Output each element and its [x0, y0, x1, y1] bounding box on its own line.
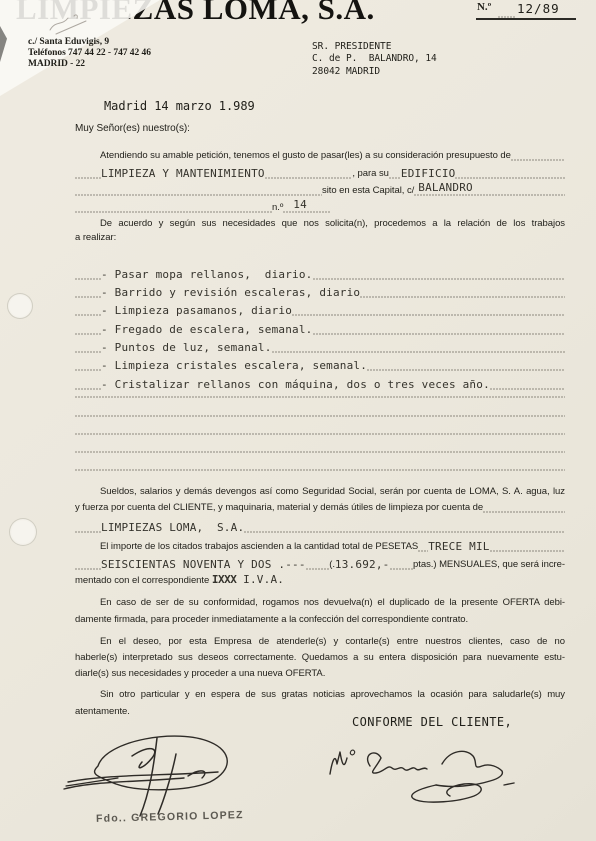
dotted-leader: [272, 351, 565, 353]
task-text: - Cristalizar rellanos con máquina, dos …: [101, 378, 490, 391]
dotted-leader: [390, 568, 414, 570]
scanned-letter-page: LIMPIEZAS LOMA, S.A. N.º 12/89 c./ Santa…: [0, 0, 596, 841]
iva-value-typed: I.V.A.: [236, 573, 284, 586]
dotted-leader: [490, 388, 565, 390]
ref-number-value: 12/89: [517, 1, 560, 16]
client-signature: [318, 738, 518, 808]
dotted-leader: BALANDRO: [414, 194, 565, 196]
closing-p1-line2: damente firmada, para proceder inmediata…: [75, 614, 468, 625]
blank-dotted-line: [75, 433, 565, 435]
task-text: - Limpieza pasamanos, diario: [101, 304, 292, 317]
conforme-label: CONFORME DEL CLIENTE,: [352, 716, 512, 729]
closing-p1-line1: En caso de ser de su conformidad, rogamo…: [100, 597, 565, 610]
sito-row: sito en esta Capital, c/ BALANDRO: [75, 183, 565, 197]
dotted-leader: [75, 333, 101, 335]
amount-words-typed: SEISCIENTAS NOVENTA Y DOS .---: [101, 558, 306, 571]
intro-line1-row: Atendiendo su amable petición, tenemos e…: [75, 148, 565, 162]
dotted-leader: [75, 369, 101, 371]
dotted-leader: [75, 296, 101, 298]
task-line: - Puntos de luz, semanal.: [75, 340, 565, 354]
terms-line2: y fuerza por cuenta del CLIENTE, y maqui…: [75, 502, 483, 514]
dotted-leader: [75, 351, 101, 353]
iva-prefix: mentado con el correspondiente: [75, 575, 212, 586]
gregorio-lopez-signature: [60, 726, 250, 821]
importe-row: El importe de los citados trabajos ascie…: [100, 539, 565, 553]
task-text: - Puntos de luz, semanal.: [101, 341, 272, 354]
sender-address-line3: MADRID - 22: [28, 59, 85, 70]
task-line: - Limpieza pasamanos, diario: [75, 303, 565, 317]
closing-p3-line2: atentamente.: [75, 706, 130, 717]
task-line: - Limpieza cristales escalera, semanal.: [75, 358, 565, 372]
dotted-leader: [367, 369, 565, 371]
dotted-leader: [75, 177, 101, 179]
terms-line1: Sueldos, salarios y demás devengos así c…: [100, 486, 565, 499]
task-line: - Cristalizar rellanos con máquina, dos …: [75, 377, 565, 391]
num-label: n.º: [272, 202, 283, 214]
dotted-leader: [75, 531, 101, 533]
para-su-label: , para su: [352, 168, 389, 180]
service-fill-row: LIMPIEZA Y MANTENIMIENTO , para su EDIFI…: [75, 166, 565, 180]
dotted-leader: 14: [283, 211, 331, 213]
task-line: - Pasar mopa rellanos, diario.: [75, 267, 565, 281]
amount-close-label: ptas.) MENSUALES, que será incre-: [413, 559, 565, 571]
task-line: - Barrido y revisión escaleras, diario: [75, 285, 565, 299]
task-text: - Fregado de escalera, semanal.: [101, 323, 313, 336]
recipient-line2: C. de P. BALANDRO, 14: [312, 52, 437, 65]
closing-p2-line2: haberle(s) interpretado sus deseos corre…: [75, 652, 565, 665]
pesetas-fill-typed: TRECE MIL: [428, 540, 489, 553]
sito-label: sito en esta Capital, c/: [322, 185, 414, 197]
works-intro-line1: De acuerdo y según sus necesidades que n…: [100, 218, 565, 231]
amount-digits-typed: 13.692,-: [335, 558, 390, 571]
dotted-leader: [313, 278, 566, 280]
iva-struck-typed: IXXX: [212, 573, 237, 586]
dotted-leader: [490, 550, 565, 552]
dotted-leader: [75, 568, 101, 570]
sender-address-line1: c./ Santa Eduvigis, 9: [28, 37, 109, 48]
street-fill-typed: BALANDRO: [418, 181, 473, 194]
hole-punch: [9, 518, 37, 546]
date-line: Madrid 14 marzo 1.989: [104, 100, 255, 113]
task-text: - Limpieza cristales escalera, semanal.: [101, 359, 367, 372]
dotted-leader: [360, 296, 565, 298]
dotted-leader: [75, 278, 101, 280]
dotted-leader: [244, 531, 565, 533]
dotted-leader: [306, 568, 330, 570]
importe-label: El importe de los citados trabajos ascie…: [100, 541, 418, 553]
blank-dotted-line: [75, 451, 565, 453]
amount-row: SEISCIENTAS NOVENTA Y DOS .--- (. 13.692…: [75, 557, 565, 571]
terms-line2-row: y fuerza por cuenta del CLIENTE, y maqui…: [75, 500, 565, 514]
intro-line1: Atendiendo su amable petición, tenemos e…: [100, 150, 511, 162]
dotted-leader: [75, 211, 272, 213]
closing-p2-line3: diarle(s) sus necesidades y proceder a u…: [75, 668, 325, 679]
dotted-leader: [511, 159, 565, 161]
task-text: - Pasar mopa rellanos, diario.: [101, 268, 313, 281]
company-fill-row: LIMPIEZAS LOMA, S.A.: [75, 520, 565, 534]
signed-by-label: Fdo.. GREGORIO LOPEZ: [96, 809, 244, 825]
service-fill-typed: LIMPIEZA Y MANTENIMIENTO: [101, 167, 265, 180]
task-text: - Barrido y revisión escaleras, diario: [101, 286, 360, 299]
works-intro-line2: a realizar:: [75, 232, 116, 243]
recipient-line3: 28042 MADRID: [312, 65, 380, 78]
iva-row: mentado con el correspondiente IXXX I.V.…: [75, 573, 284, 586]
dotted-leader: [75, 388, 101, 390]
dotted-leader: [389, 177, 401, 179]
dotted-leader: [483, 511, 565, 513]
blank-dotted-line: [75, 396, 565, 398]
company-fill-typed: LIMPIEZAS LOMA, S.A.: [101, 521, 244, 534]
ref-number-label: N.º: [477, 2, 491, 13]
dotted-leader: [75, 314, 101, 316]
num-fill-typed: 14: [293, 198, 307, 211]
dotted-leader: [265, 177, 353, 179]
number-row: n.º 14: [75, 200, 565, 214]
task-line: - Fregado de escalera, semanal.: [75, 322, 565, 336]
dotted-leader: [455, 177, 565, 179]
ref-number-underline: [476, 18, 576, 20]
pencil-mark: [46, 8, 106, 40]
hole-punch: [7, 293, 33, 319]
dotted-leader: [292, 314, 565, 316]
dotted-leader: [418, 550, 428, 552]
dotted-leader: [75, 194, 322, 196]
building-fill-typed: EDIFICIO: [401, 167, 456, 180]
salutation: Muy Señor(es) nuestro(s):: [75, 123, 190, 134]
closing-p2-line1: En el deseo, por esta Empresa de atender…: [100, 636, 565, 649]
sender-address-line2: Teléfonos 747 44 22 - 747 42 46: [28, 48, 151, 59]
closing-p3-line1: Sin otro particular y en espera de sus g…: [100, 689, 565, 702]
blank-dotted-line: [75, 469, 565, 471]
blank-dotted-line: [75, 415, 565, 417]
dotted-leader: [313, 333, 566, 335]
